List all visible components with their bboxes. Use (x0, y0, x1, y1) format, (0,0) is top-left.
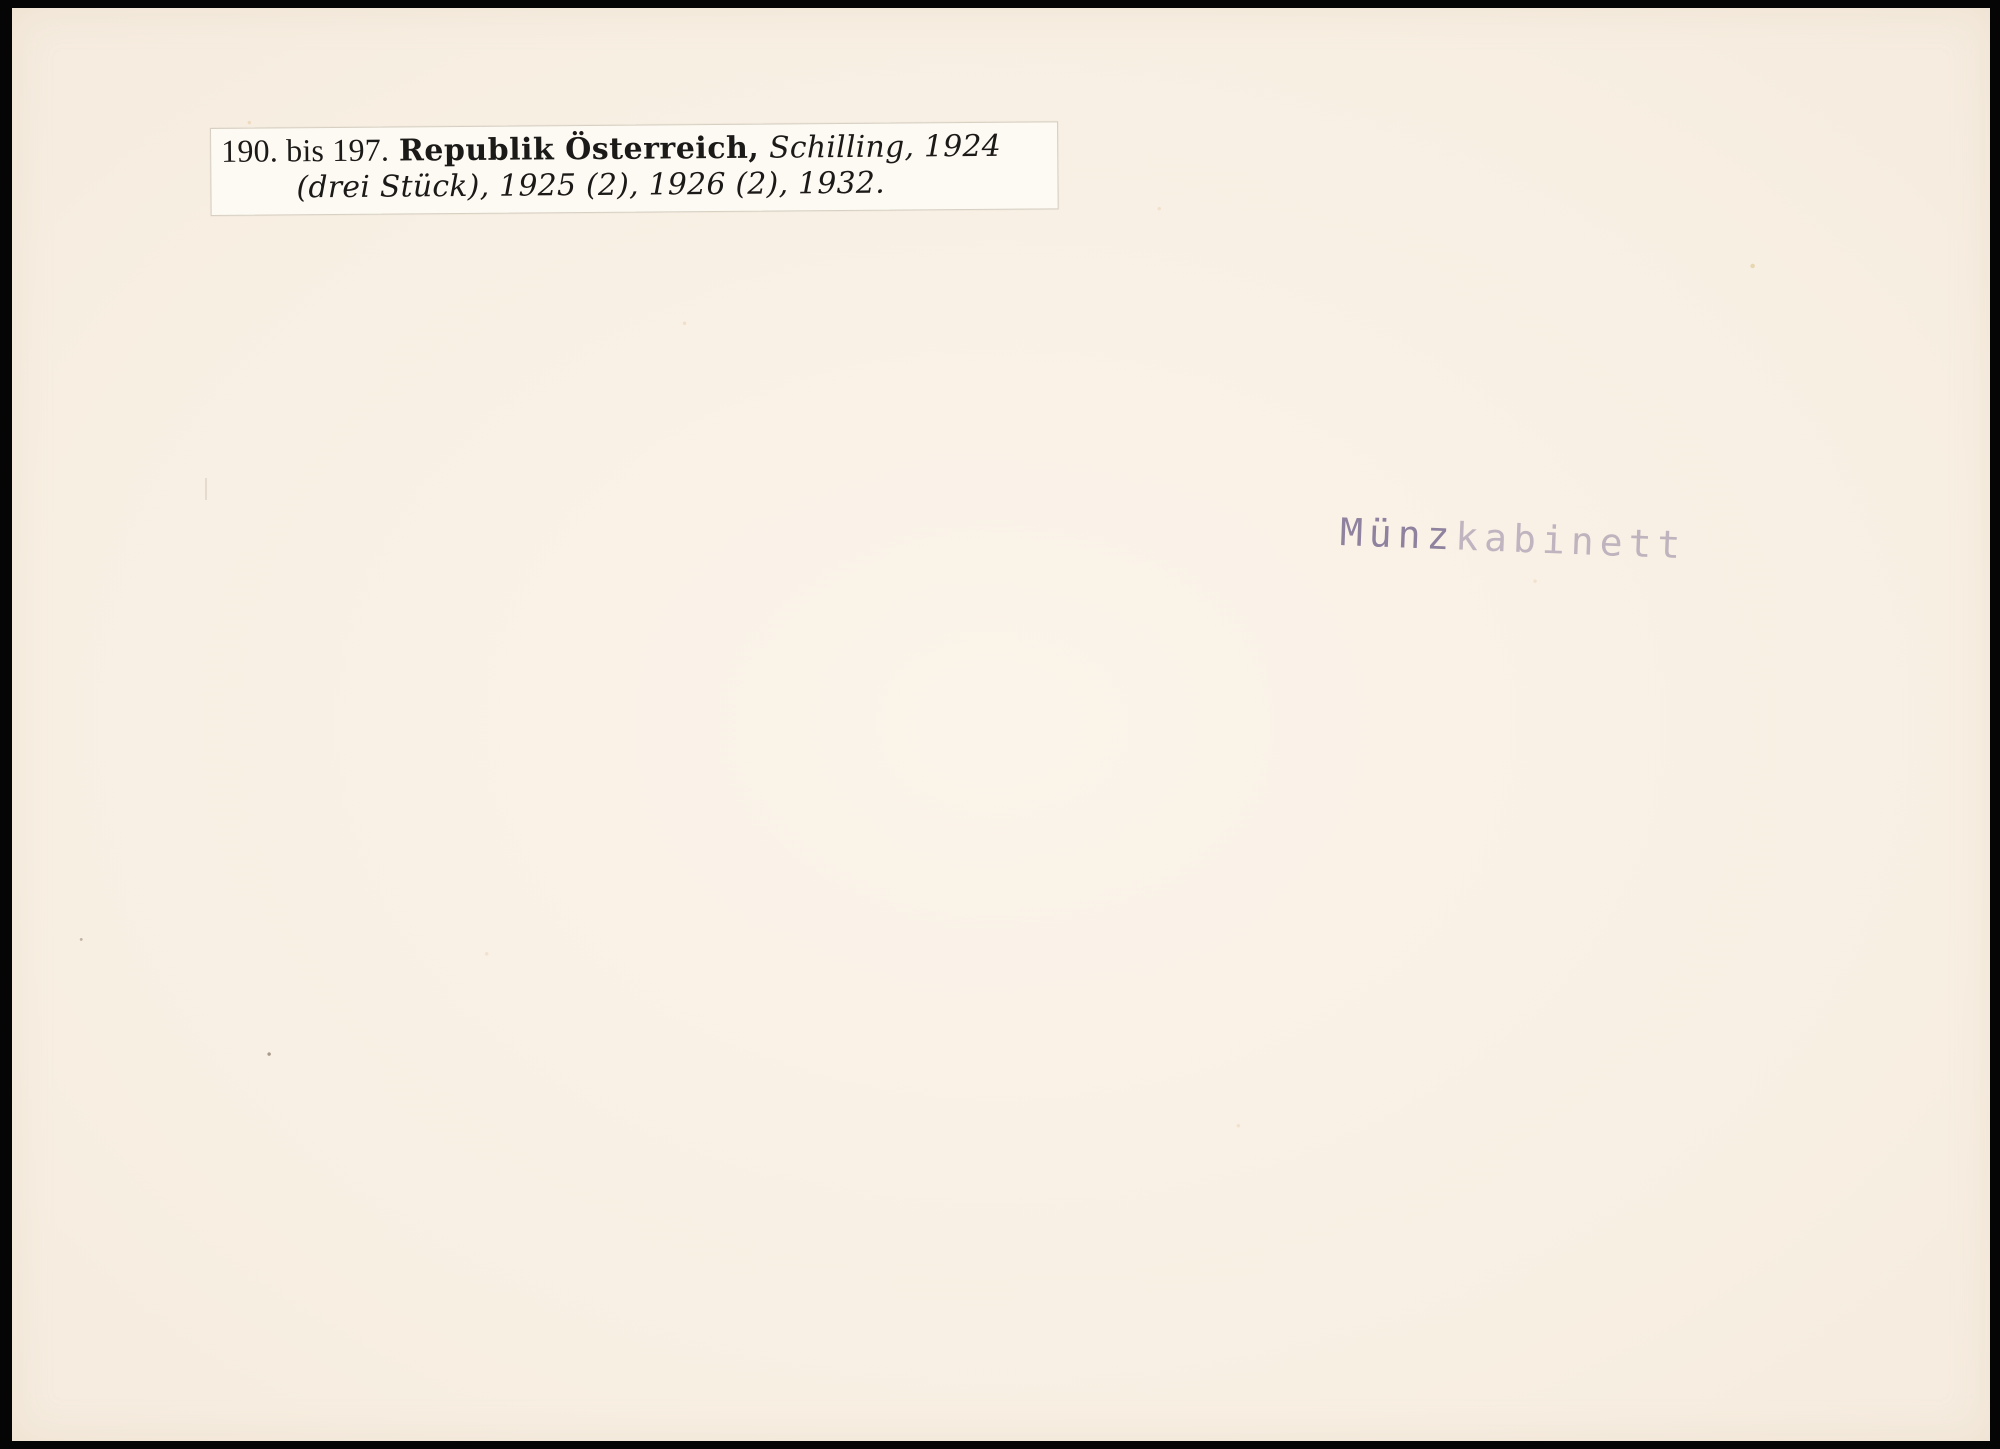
catalog-number-range: 190. bis 197. (221, 132, 389, 169)
catalog-years: (drei Stück), 1925 (2), 1926 (2), 1932. (296, 166, 885, 206)
label-line-2: (drei Stück), 1925 (2), 1926 (2), 1932. (296, 166, 885, 207)
catalog-denomination: Schilling, 1924 (769, 129, 1001, 166)
stamp-text-part2: kabinett (1455, 514, 1688, 567)
paper-blemish (205, 478, 207, 500)
catalog-label: 190. bis 197. Republik Österreich, Schil… (210, 121, 1059, 216)
scanned-card-frame: 190. bis 197. Republik Österreich, Schil… (0, 0, 2000, 1449)
label-line-1: 190. bis 197. Republik Österreich, Schil… (221, 127, 1001, 171)
card-paper (12, 8, 1990, 1441)
catalog-title: Republik Österreich, (399, 131, 760, 169)
stamp-text-part1: Münz (1339, 510, 1456, 558)
